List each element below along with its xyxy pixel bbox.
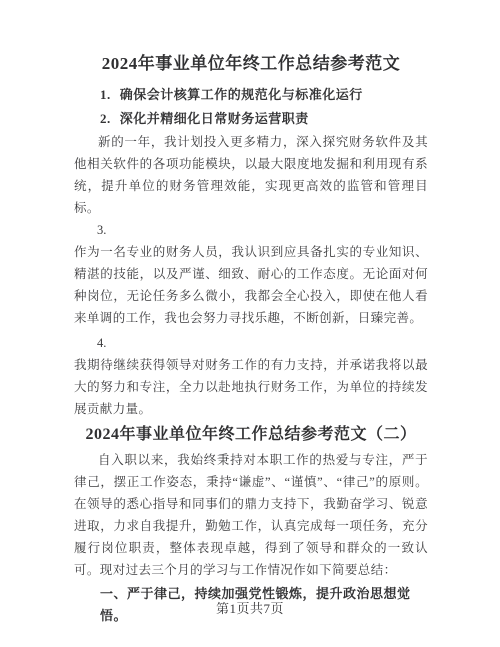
- section1-item-4-number: 4.: [74, 332, 428, 354]
- list-item-1: 1.确保会计核算工作的规范化与标准化运行: [74, 83, 428, 107]
- document-content: 2024年事业单位年终工作总结参考范文 1.确保会计核算工作的规范化与标准化运行…: [0, 0, 500, 627]
- section1-item-3-number: 3.: [74, 219, 428, 241]
- list-item-2-number: 2.: [100, 111, 111, 126]
- document-page: 2024年事业单位年终工作总结参考范文 1.确保会计核算工作的规范化与标准化运行…: [0, 0, 500, 647]
- section1-paragraph-4: 我期待继续获得领导对财务工作的有力支持，并承诺我将以最大的努力和专注，全力以赴地…: [74, 354, 428, 420]
- list-item-2-text: 深化并精细化日常财务运营职责: [120, 111, 309, 126]
- list-item-1-number: 1.: [100, 87, 111, 102]
- list-item-1-text: 确保会计核算工作的规范化与标准化运行: [120, 87, 363, 102]
- page-number-indicator: 第1页共7页: [0, 600, 500, 618]
- section2-paragraph-1: 自入职以来，我始终秉持对本职工作的热爱与专注，严于律己，摆正工作姿态，秉持“谦虚…: [74, 449, 428, 581]
- section2-title: 2024年事业单位年终工作总结参考范文（二）: [74, 424, 428, 445]
- section1-paragraph-3: 作为一名专业的财务人员，我认识到应具备扎实的专业知识、精湛的技能，以及严谨、细致…: [74, 241, 428, 329]
- section1-paragraph-1: 新的一年，我计划投入更多精力，深入探究财务软件及其他相关软件的各项功能模块，以最…: [74, 131, 428, 219]
- list-item-2: 2.深化并精细化日常财务运营职责: [74, 107, 428, 131]
- section1-title: 2024年事业单位年终工作总结参考范文: [74, 53, 428, 74]
